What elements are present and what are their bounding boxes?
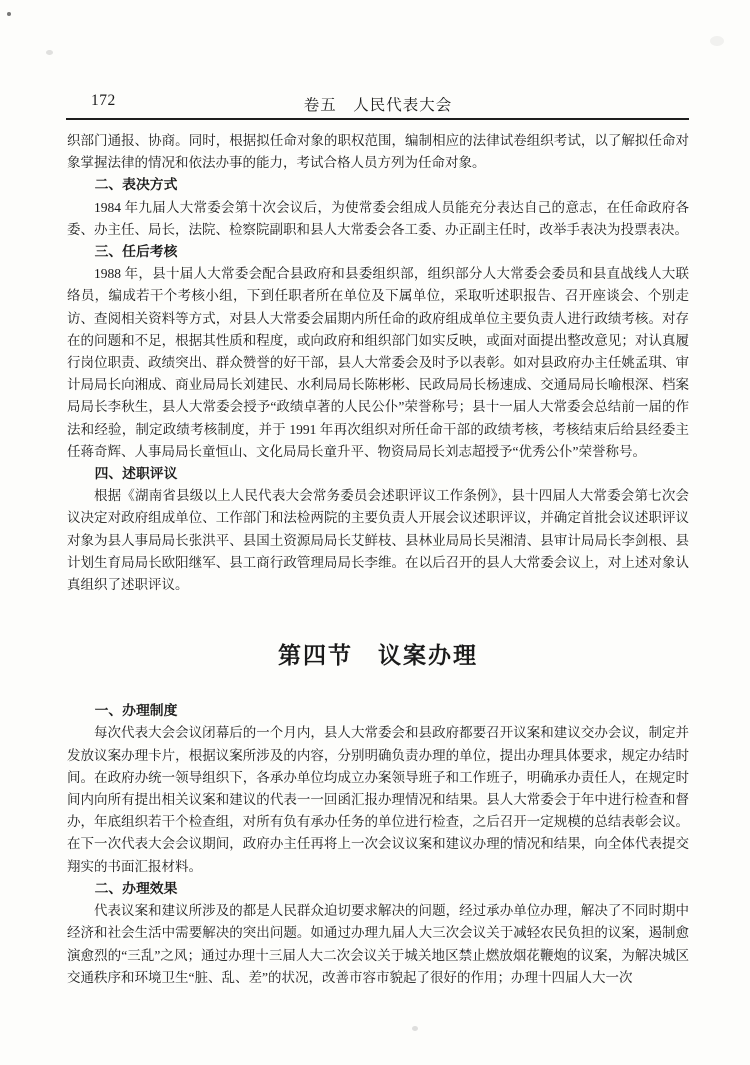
scan-speck: [46, 50, 53, 55]
heading-handling-system: 一、办理制度: [67, 700, 689, 722]
section-title: 第四节 议案办理: [67, 638, 689, 672]
page-header: 172 卷五 人民代表大会: [67, 92, 689, 116]
paragraph-voting-method: 1984 年九届人大常委会第十次会议后，为使常委会组成人员能充分表达自己的意志，…: [67, 197, 689, 241]
heading-handling-results: 二、办理效果: [67, 878, 689, 900]
heading-voting-method: 二、表决方式: [67, 174, 689, 196]
paragraph-handling-system: 每次代表大会会议闭幕后的一个月内，县人大常委会和县政府都要召开议案和建议交办会议…: [67, 722, 689, 877]
paragraph-post-appointment-assessment: 1988 年，县十届人大常委会配合县政府和县委组织部，组织部分人大常委会委员和县…: [67, 263, 689, 463]
document-page: 172 卷五 人民代表大会 织部门通报、协商。同时，根据拟任命对象的职权范围，编…: [0, 0, 750, 1065]
scan-speck: [710, 36, 724, 46]
heading-performance-review: 四、述职评议: [67, 463, 689, 485]
paragraph-handling-results: 代表议案和建议所涉及的都是人民群众迫切要求解决的问题，经过承办单位办理，解决了不…: [67, 900, 689, 989]
scan-speck: [412, 1026, 418, 1031]
scan-speck: [7, 12, 11, 16]
page-body: 织部门通报、协商。同时，根据拟任命对象的职权范围，编制相应的法律试卷组织考试，以…: [67, 130, 689, 989]
heading-post-appointment-assessment: 三、任后考核: [67, 241, 689, 263]
header-rule: [66, 118, 689, 120]
paragraph-continuation: 织部门通报、协商。同时，根据拟任命对象的职权范围，编制相应的法律试卷组织考试，以…: [67, 130, 689, 174]
paragraph-performance-review: 根据《湖南省县级以上人民代表大会常务委员会述职评议工作条例》，县十四届人大常委会…: [67, 485, 689, 596]
volume-title: 卷五 人民代表大会: [67, 93, 689, 115]
